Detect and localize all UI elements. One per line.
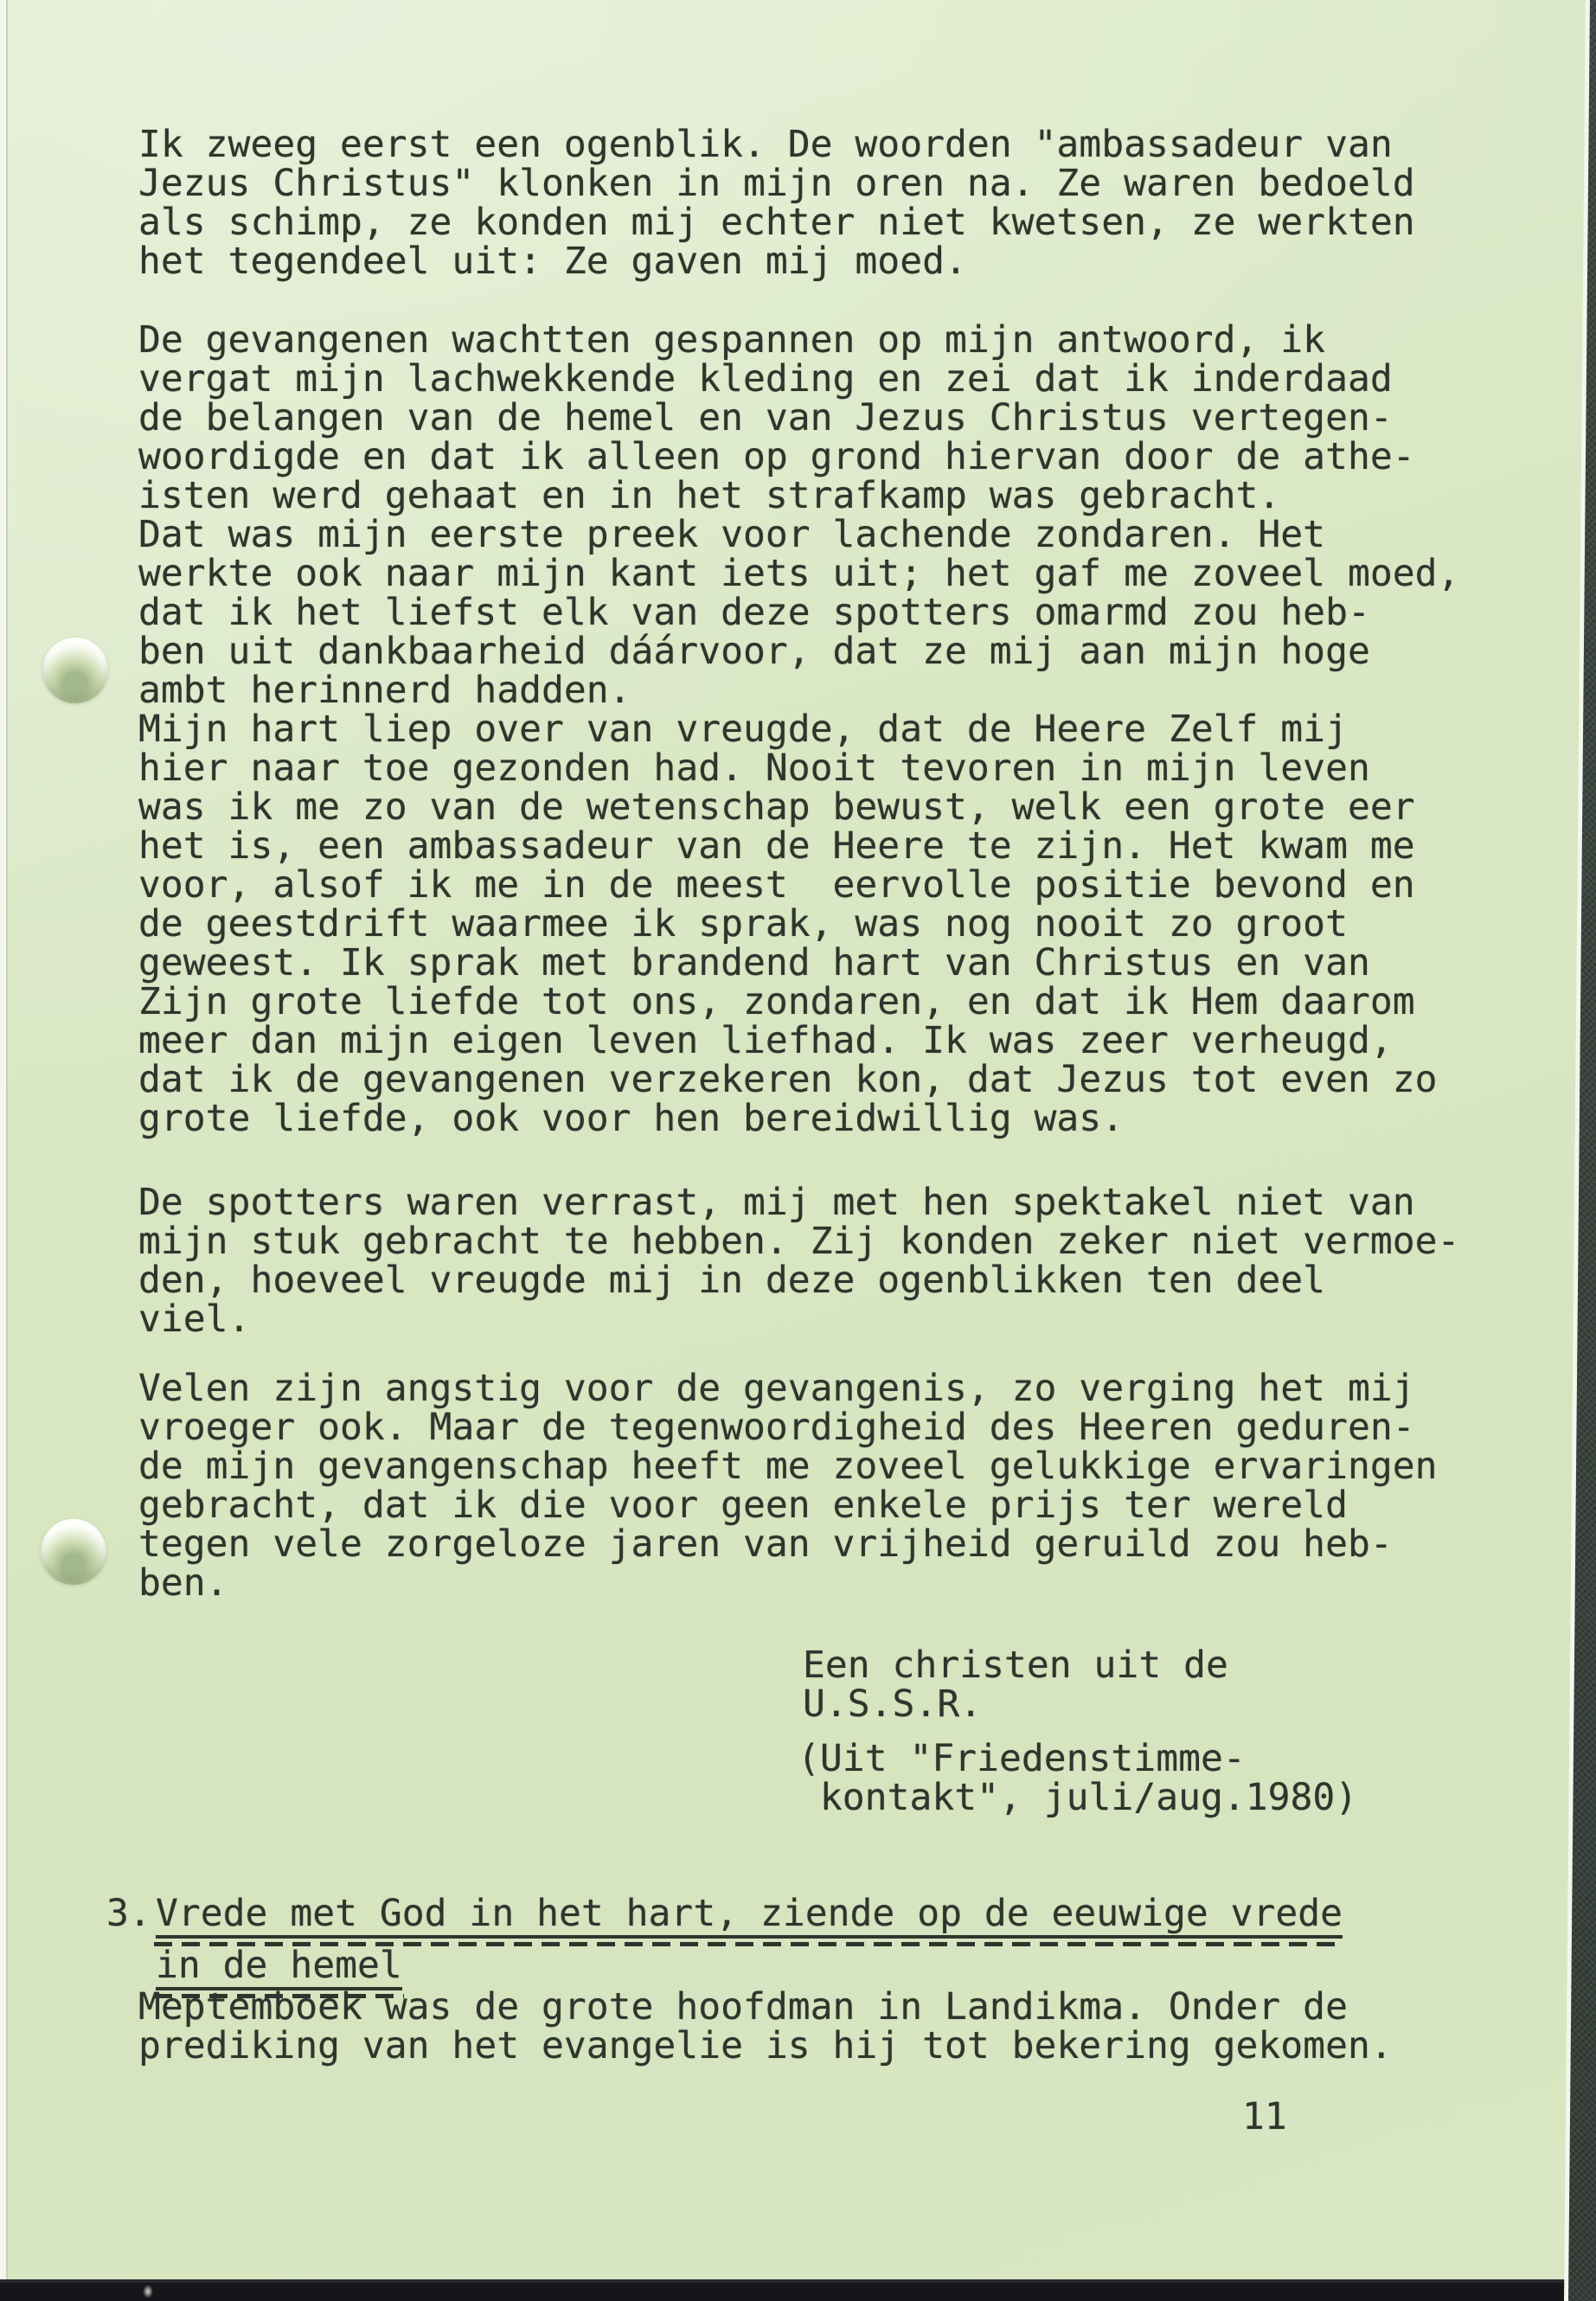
punch-hole-bottom	[41, 1519, 106, 1585]
section-heading: 3. Vrede met God in het hart, ziende op …	[106, 1894, 1343, 1990]
section-number: 3.	[106, 1894, 156, 1933]
attribution-citation: (Uit "Friedenstimme- kontakt", juli/aug.…	[798, 1740, 1357, 1817]
scan-glint	[143, 2285, 153, 2298]
scan-bottom-band	[0, 2279, 1596, 2301]
typewritten-paragraph-4: Velen zijn angstig voor de gevangenis, z…	[138, 1369, 1438, 1603]
typewritten-paragraph-2: De gevangenen wachtten gespannen op mijn…	[138, 321, 1459, 1138]
attribution-source: Een christen uit de U.S.S.R.	[803, 1646, 1228, 1724]
page-left-edge	[0, 0, 10, 2301]
section-title-line1: Vrede met God in het hart, ziende op de …	[156, 1894, 1343, 1939]
typewritten-paragraph-3: De spotters waren verrast, mij met hen s…	[138, 1183, 1459, 1339]
section-body-paragraph: Meptemboek was de grote hoofdman in Land…	[138, 1988, 1393, 2066]
section-title-line2: in de hemel	[156, 1946, 402, 1990]
page-number: 11	[1242, 2098, 1287, 2137]
scanned-page: Ik zweeg eerst een ogenblik. De woorden …	[0, 0, 1596, 2301]
binding-right-edge	[1557, 0, 1596, 2301]
punch-hole-top	[42, 638, 108, 703]
typewritten-paragraph-1: Ik zweeg eerst een ogenblik. De woorden …	[138, 125, 1415, 281]
